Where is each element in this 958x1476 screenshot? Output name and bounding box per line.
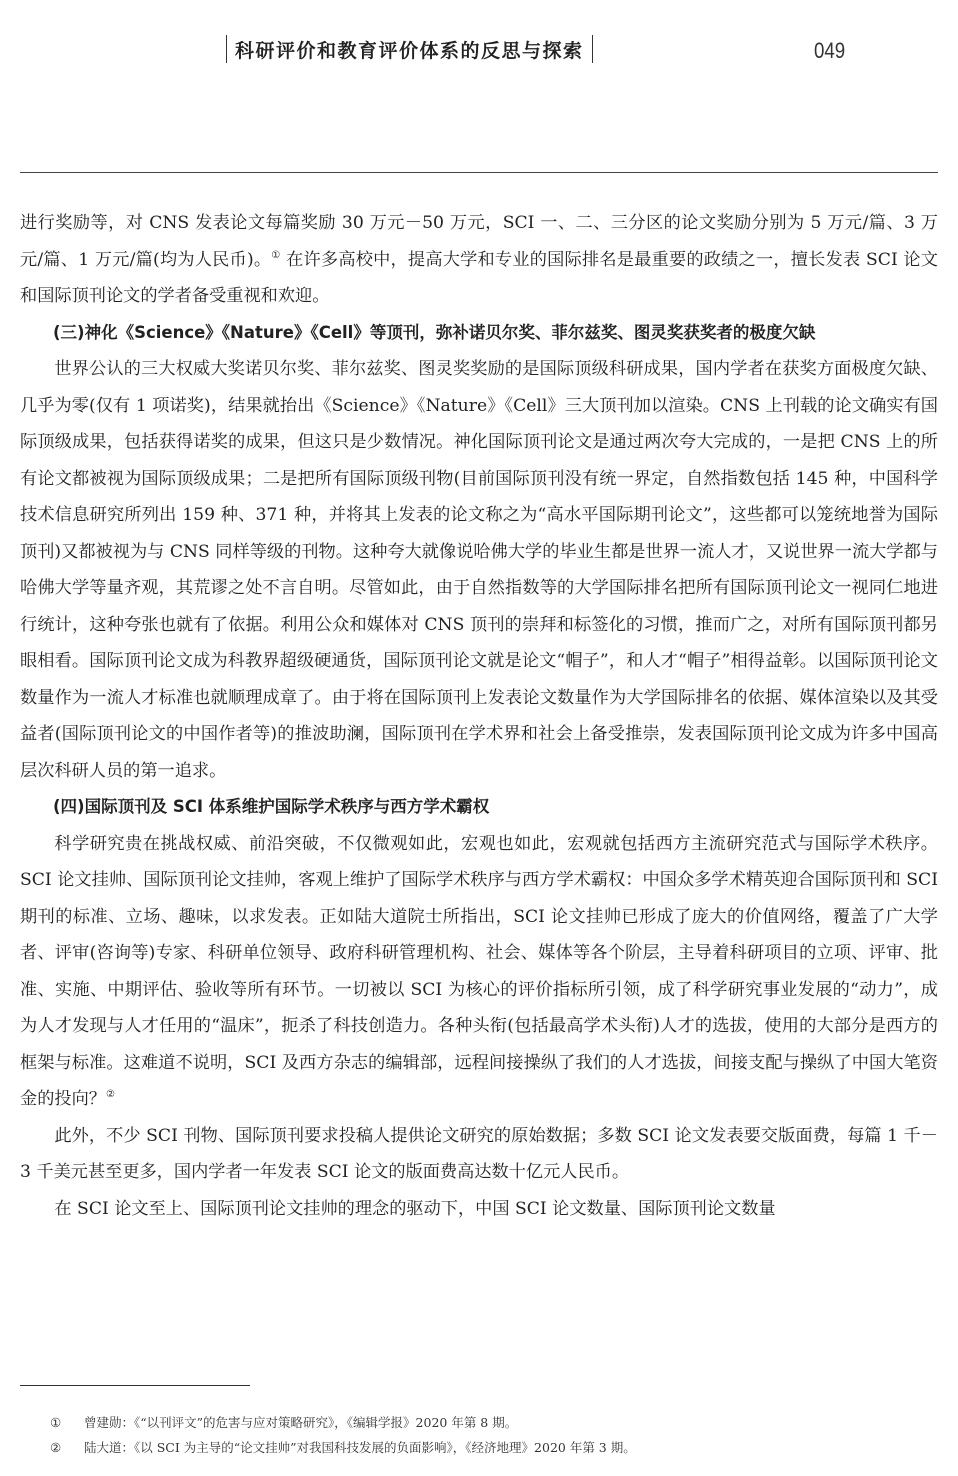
running-head-right-bar	[592, 35, 593, 63]
paragraph-continued: 进行奖励等，对 CNS 发表论文每篇奖励 30 万元－50 万元，SCI 一、二…	[20, 205, 938, 315]
running-head-title: 科研评价和教育评价体系的反思与探索	[227, 36, 592, 63]
paragraph: 科学研究贵在挑战权威、前沿突破，不仅微观如此，宏观也如此，宏观就包括西方主流研究…	[20, 826, 938, 1118]
paragraph: 此外，不少 SCI 刊物、国际顶刊要求投稿人提供论文研究的原始数据；多数 SCI…	[20, 1118, 938, 1191]
paragraph: 在 SCI 论文至上、国际顶刊论文挂帅的理念的驱动下，中国 SCI 论文数量、国…	[20, 1191, 938, 1228]
footnote-mark: ①	[50, 1410, 84, 1435]
footnote-ref-2[interactable]: ②	[106, 1089, 115, 1100]
footnotes: ① 曾建勋：《“以刊评文”的危害与应对策略研究》，《编辑学报》2020 年第 8…	[50, 1410, 930, 1460]
paragraph-text: 科学研究贵在挑战权威、前沿突破，不仅微观如此，宏观也如此，宏观就包括西方主流研究…	[20, 834, 938, 1110]
footnote-1: ① 曾建勋：《“以刊评文”的危害与应对策略研究》，《编辑学报》2020 年第 8…	[50, 1410, 930, 1435]
header-divider	[20, 172, 938, 173]
footnote-mark: ②	[50, 1435, 84, 1460]
article-body: 进行奖励等，对 CNS 发表论文每篇奖励 30 万元－50 万元，SCI 一、二…	[20, 205, 938, 1227]
footnote-2: ② 陆大道：《以 SCI 为主导的“论文挂帅”对我国科技发展的负面影响》，《经济…	[50, 1435, 930, 1460]
footnote-text: 曾建勋：《“以刊评文”的危害与应对策略研究》，《编辑学报》2020 年第 8 期…	[84, 1410, 517, 1435]
paragraph: 世界公认的三大权威大奖诺贝尔奖、菲尔兹奖、图灵奖奖励的是国际顶级科研成果，国内学…	[20, 351, 938, 789]
section-heading-3: (三)神化《Science》《Nature》《Cell》等顶刊，弥补诺贝尔奖、菲…	[20, 315, 938, 352]
running-head: 科研评价和教育评价体系的反思与探索	[226, 34, 593, 64]
footnote-text: 陆大道：《以 SCI 为主导的“论文挂帅”对我国科技发展的负面影响》，《经济地理…	[84, 1435, 636, 1460]
page-number: 049	[814, 38, 845, 64]
footnote-divider	[20, 1385, 250, 1386]
section-heading-4: (四)国际顶刊及 SCI 体系维护国际学术秩序与西方学术霸权	[20, 789, 938, 826]
